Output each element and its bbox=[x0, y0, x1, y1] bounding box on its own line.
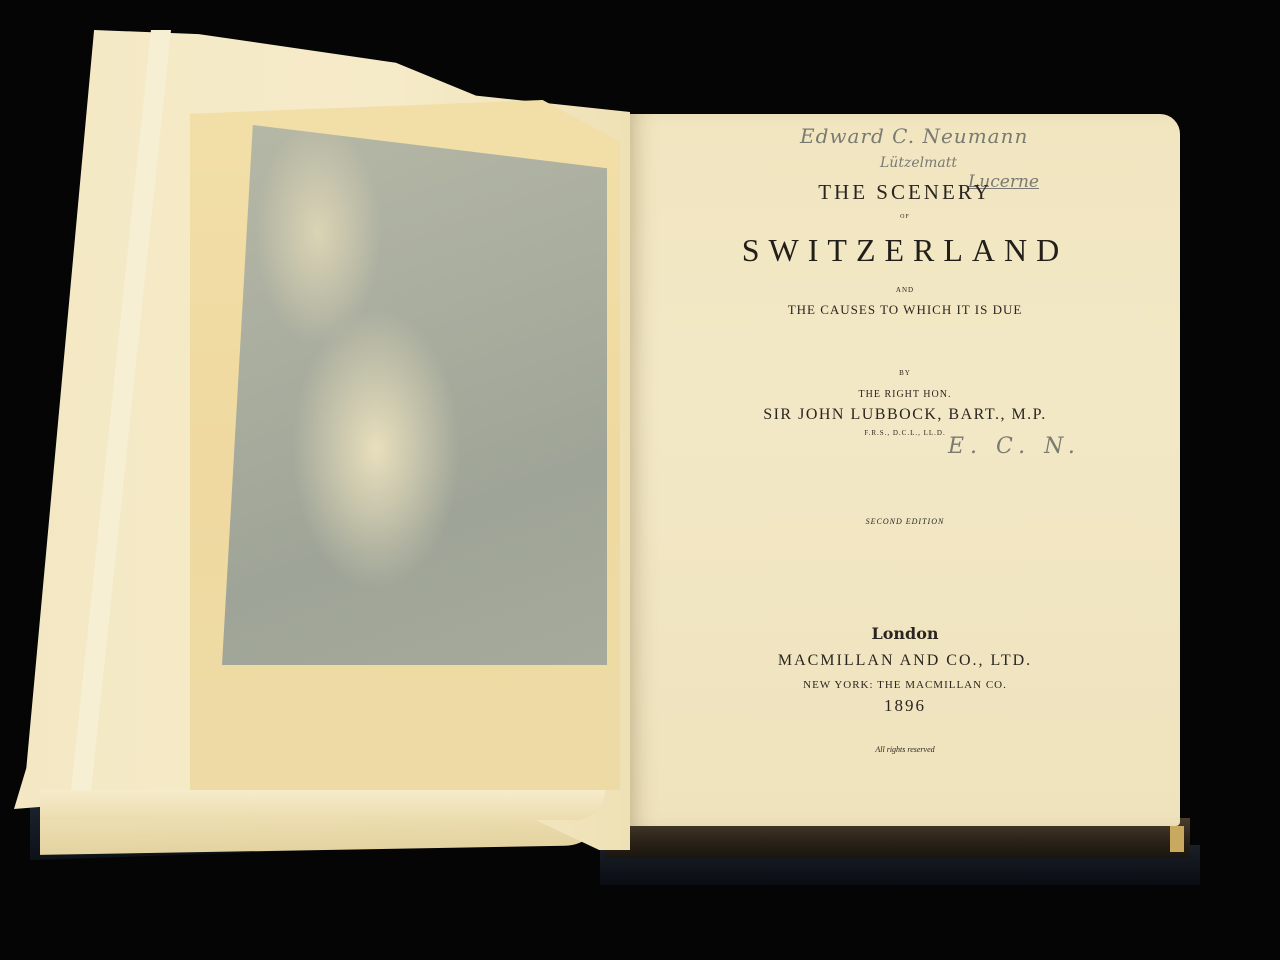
author-name: SIR JOHN LUBBOCK, BART., M.P. bbox=[640, 406, 1170, 424]
edition: SECOND EDITION bbox=[640, 517, 1170, 526]
title-of: OF bbox=[640, 214, 1170, 220]
frontispiece-plate-image bbox=[222, 125, 607, 665]
handwritten-initials: E. C. N. bbox=[948, 434, 1081, 459]
handwritten-owner-place: Lützelmatt bbox=[880, 155, 957, 171]
subtitle: THE CAUSES TO WHICH IT IS DUE bbox=[640, 302, 1170, 318]
author-degrees: F.R.S., D.C.L., LL.D. bbox=[640, 429, 1170, 437]
title-line-2: SWITZERLAND bbox=[640, 232, 1170, 269]
publisher: MACMILLAN AND CO., LTD. bbox=[640, 652, 1170, 670]
publication-year: 1896 bbox=[640, 696, 1170, 716]
ny-publisher: NEW YORK: THE MACMILLAN CO. bbox=[640, 679, 1170, 691]
page-fold bbox=[40, 790, 605, 820]
honorific: THE RIGHT HON. bbox=[640, 389, 1170, 400]
publication-city: London bbox=[640, 624, 1170, 643]
handwritten-owner-name: Edward C. Neumann bbox=[800, 124, 1028, 148]
book-photo: Edward C. Neumann Lützelmatt Lucerne THE… bbox=[0, 0, 1280, 960]
title-and: AND bbox=[640, 286, 1170, 294]
rights-notice: All rights reserved bbox=[640, 745, 1170, 754]
title-page bbox=[628, 114, 1180, 826]
title-line-1: THE SCENERY bbox=[640, 180, 1170, 205]
by-line: BY bbox=[640, 369, 1170, 377]
